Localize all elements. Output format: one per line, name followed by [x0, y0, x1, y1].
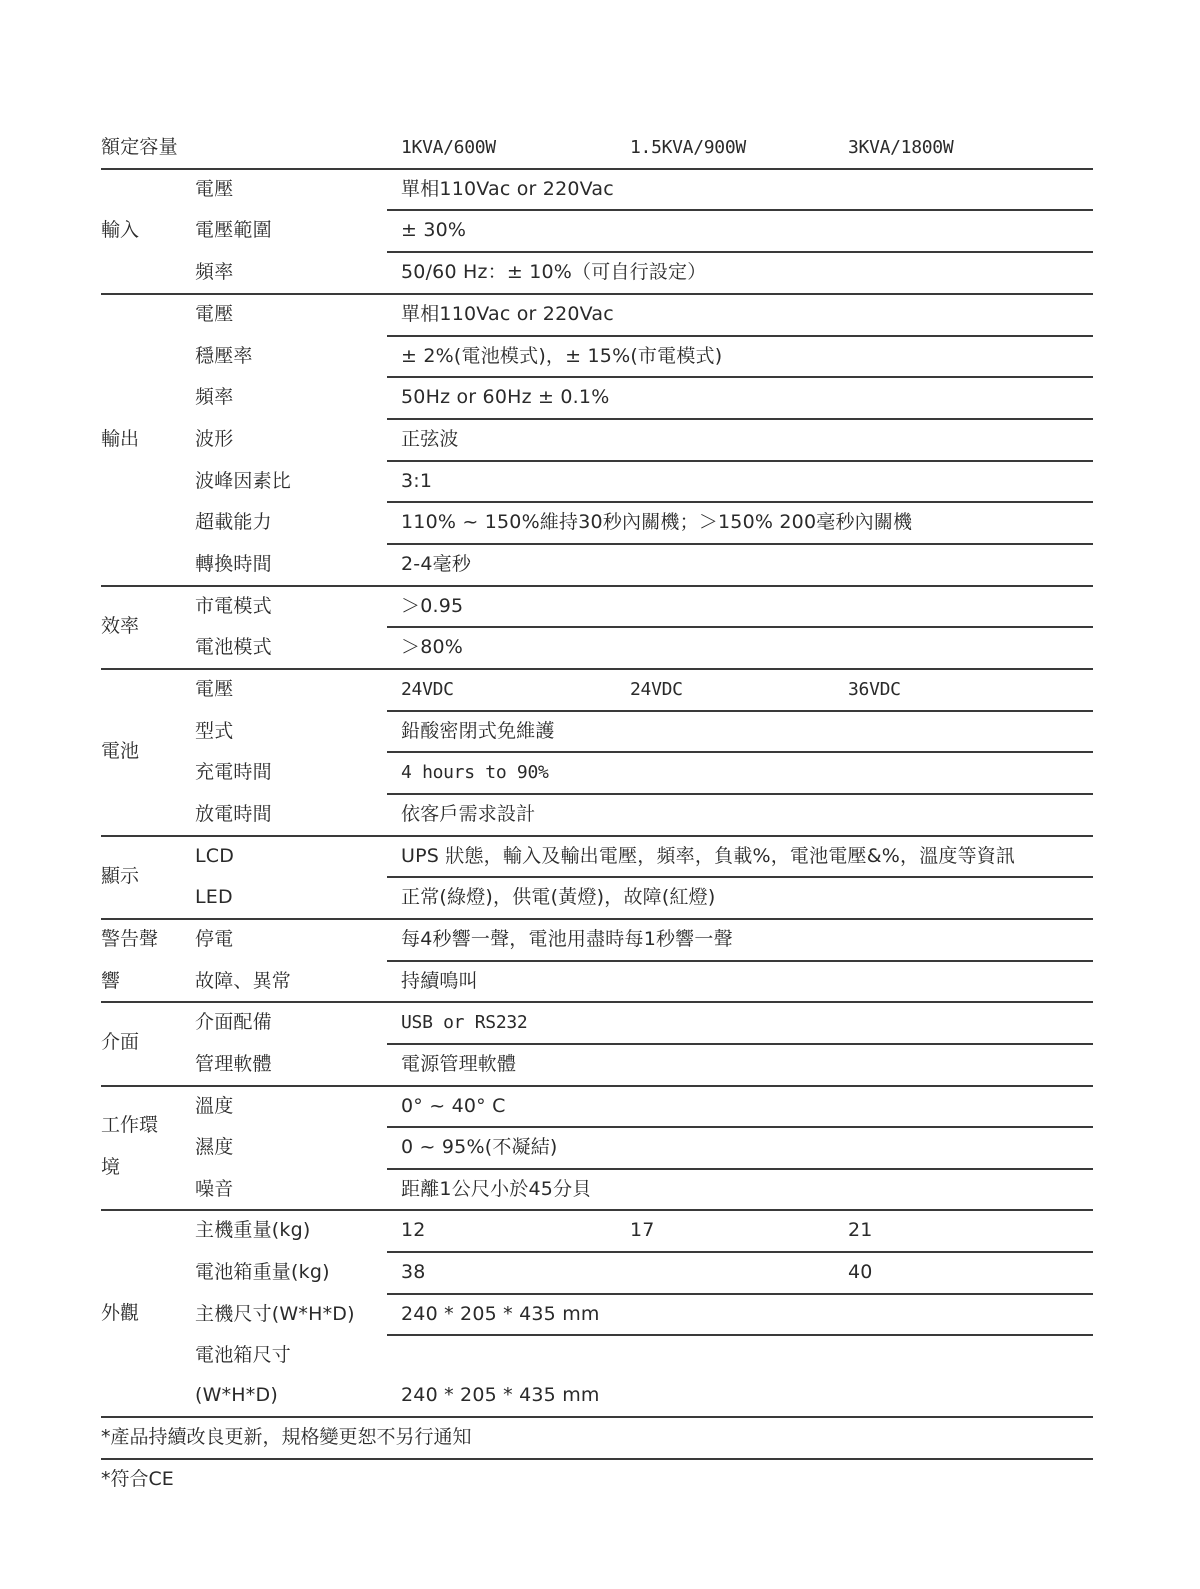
table-row: 轉換時間 2-4毫秒 [0, 544, 1200, 586]
table-row: LCD UPS 狀態，輸入及輸出電壓，頻率，負載%，電池電壓&%，溫度等資訊 [0, 836, 1200, 878]
item-value: 依客戶需求設計 [401, 794, 535, 836]
table-row: 主機尺寸(W*H*D) 240 * 205 * 435 mm [0, 1294, 1200, 1336]
item-label: 故障、異常 [195, 961, 291, 1003]
item-value-1-5kva: 24VDC [630, 669, 683, 711]
item-value: ± 30% [401, 210, 466, 252]
item-value-1kva: 12 [401, 1210, 426, 1252]
footnote-updates: *產品持續改良更新，規格變更恕不另行通知 [101, 1417, 472, 1459]
table-row: 電壓 單相110Vac or 220Vac [0, 294, 1200, 336]
item-label: 電池模式 [195, 627, 272, 669]
item-label: 型式 [195, 711, 233, 753]
table-row: LED 正常(綠燈)，供電(黃燈)，故障(紅燈) [0, 877, 1200, 919]
table-row: 市電模式 ＞0.95 [0, 586, 1200, 628]
item-value: 240 * 205 * 435 mm [401, 1294, 600, 1336]
item-label: 主機重量(kg) [195, 1210, 311, 1252]
item-value: 正常(綠燈)，供電(黃燈)，故障(紅燈) [401, 877, 715, 919]
item-value: ± 2%(電池模式)，± 15%(市電模式) [401, 336, 722, 378]
item-label: 管理軟體 [195, 1044, 272, 1086]
table-row: 充電時間 4 hours to 90% [0, 752, 1200, 794]
table-row: 停電 每4秒響一聲，電池用盡時每1秒響一聲 [0, 919, 1200, 961]
item-label: 主機尺寸(W*H*D) [195, 1294, 355, 1336]
item-value: 3:1 [401, 461, 432, 503]
item-value-3kva: 40 [848, 1252, 873, 1294]
item-label: LCD [195, 836, 234, 878]
table-row: 穩壓率 ± 2%(電池模式)，± 15%(市電模式) [0, 336, 1200, 378]
table-row: 頻率 50Hz or 60Hz ± 0.1% [0, 377, 1200, 419]
table-row: 電池箱尺寸 [0, 1335, 1200, 1377]
item-value: 50/60 Hz：± 10%（可自行設定） [401, 252, 706, 294]
model-3kva: 3KVA/1800W [848, 127, 953, 169]
item-label: 波峰因素比 [195, 461, 291, 503]
item-label: 穩壓率 [195, 336, 253, 378]
table-row: 濕度 0 ~ 95%(不凝結) [0, 1127, 1200, 1169]
item-label: 市電模式 [195, 586, 272, 628]
table-row: 電壓 24VDC 24VDC 36VDC [0, 669, 1200, 711]
table-row: 介面配備 USB or RS232 [0, 1002, 1200, 1044]
item-value: 鉛酸密閉式免維護 [401, 711, 555, 753]
item-value: UPS 狀態，輸入及輸出電壓，頻率，負載%，電池電壓&%，溫度等資訊 [401, 836, 1015, 878]
model-1kva: 1KVA/600W [401, 127, 496, 169]
item-label: 電池箱尺寸 [195, 1335, 291, 1377]
table-row: 噪音 距離1公尺小於45分貝 [0, 1169, 1200, 1211]
item-value: 單相110Vac or 220Vac [401, 169, 614, 211]
item-label: 介面配備 [195, 1002, 272, 1044]
item-value: 單相110Vac or 220Vac [401, 294, 614, 336]
table-row: 放電時間 依客戶需求設計 [0, 794, 1200, 836]
spec-sheet: 額定容量 1KVA/600W 1.5KVA/900W 3KVA/1800W 輸入… [0, 0, 1200, 1589]
item-value: 4 hours to 90% [401, 752, 549, 794]
item-label: 電壓 [195, 294, 233, 336]
item-label: 停電 [195, 919, 233, 961]
table-row: 電壓 單相110Vac or 220Vac [0, 169, 1200, 211]
item-value: 每4秒響一聲，電池用盡時每1秒響一聲 [401, 919, 733, 961]
item-label: 溫度 [195, 1086, 233, 1128]
item-label: 頻率 [195, 377, 233, 419]
table-row: (W*H*D) 240 * 205 * 435 mm [0, 1375, 1200, 1417]
footnote-ce: *符合CE [101, 1459, 174, 1501]
item-value: 240 * 205 * 435 mm [401, 1375, 600, 1417]
table-row: 溫度 0° ~ 40° C [0, 1086, 1200, 1128]
item-label: 放電時間 [195, 794, 272, 836]
item-label: 電壓範圍 [195, 210, 272, 252]
table-row: 頻率 50/60 Hz：± 10%（可自行設定） [0, 252, 1200, 294]
item-label: LED [195, 877, 233, 919]
item-value-3kva: 21 [848, 1210, 873, 1252]
item-label: 濕度 [195, 1127, 233, 1169]
item-value: 電源管理軟體 [401, 1044, 516, 1086]
item-value: USB or RS232 [401, 1002, 527, 1044]
table-row: 超載能力 110% ~ 150%維持30秒內關機；＞150% 200毫秒內關機 [0, 502, 1200, 544]
item-value: 持續鳴叫 [401, 961, 478, 1003]
divider [101, 1458, 1093, 1460]
table-row: 故障、異常 持續鳴叫 [0, 961, 1200, 1003]
item-value: 50Hz or 60Hz ± 0.1% [401, 377, 609, 419]
item-label: 充電時間 [195, 752, 272, 794]
item-value: 正弦波 [401, 419, 459, 461]
item-label: 噪音 [195, 1169, 233, 1211]
item-label: 頻率 [195, 252, 233, 294]
item-value-1kva: 38 [401, 1252, 426, 1294]
item-label: 超載能力 [195, 502, 272, 544]
item-value-1-5kva: 17 [630, 1210, 655, 1252]
item-label: 電壓 [195, 669, 233, 711]
item-value: ＞0.95 [401, 586, 463, 628]
item-label: 電壓 [195, 169, 233, 211]
table-row: 電池箱重量(kg) 38 40 [0, 1252, 1200, 1294]
item-label: 轉換時間 [195, 544, 272, 586]
table-row: 波形 正弦波 [0, 419, 1200, 461]
table-row: 電壓範圍 ± 30% [0, 210, 1200, 252]
model-1-5kva: 1.5KVA/900W [630, 127, 746, 169]
item-value-1kva: 24VDC [401, 669, 454, 711]
item-value: 0 ~ 95%(不凝結) [401, 1127, 558, 1169]
item-value: ＞80% [401, 627, 463, 669]
item-label: 波形 [195, 419, 233, 461]
header-row: 額定容量 1KVA/600W 1.5KVA/900W 3KVA/1800W [0, 127, 1200, 169]
item-value-3kva: 36VDC [848, 669, 901, 711]
item-value: 距離1公尺小於45分貝 [401, 1169, 591, 1211]
item-label-line2: (W*H*D) [195, 1375, 278, 1417]
table-row: 電池模式 ＞80% [0, 627, 1200, 669]
rated-capacity-label: 額定容量 [101, 127, 178, 169]
table-row: 型式 鉛酸密閉式免維護 [0, 711, 1200, 753]
item-value: 110% ~ 150%維持30秒內關機；＞150% 200毫秒內關機 [401, 502, 912, 544]
table-row: 主機重量(kg) 12 17 21 [0, 1210, 1200, 1252]
item-label: 電池箱重量(kg) [195, 1252, 330, 1294]
item-value: 2-4毫秒 [401, 544, 471, 586]
table-row: 波峰因素比 3:1 [0, 461, 1200, 503]
item-value: 0° ~ 40° C [401, 1086, 506, 1128]
table-row: 管理軟體 電源管理軟體 [0, 1044, 1200, 1086]
